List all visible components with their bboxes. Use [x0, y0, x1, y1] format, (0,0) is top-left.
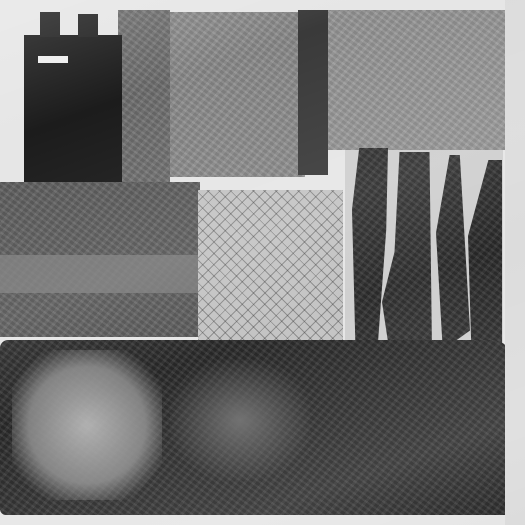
- mesh-pattern-square: [198, 190, 343, 340]
- dark-vertical-stripe: [298, 10, 328, 175]
- light-smear-bottom-left: [12, 350, 162, 500]
- gray-panel-top-right: [325, 10, 510, 150]
- dark-tab-2: [78, 14, 98, 37]
- light-smear-bottom-center: [170, 360, 310, 480]
- gray-panel-top-center: [165, 12, 305, 177]
- dark-tab-1: [40, 12, 60, 37]
- collage-artwork: [0, 0, 525, 525]
- light-strip: [0, 255, 200, 293]
- marbled-strip: [118, 10, 170, 190]
- white-mark: [38, 56, 68, 63]
- right-edge: [505, 0, 525, 525]
